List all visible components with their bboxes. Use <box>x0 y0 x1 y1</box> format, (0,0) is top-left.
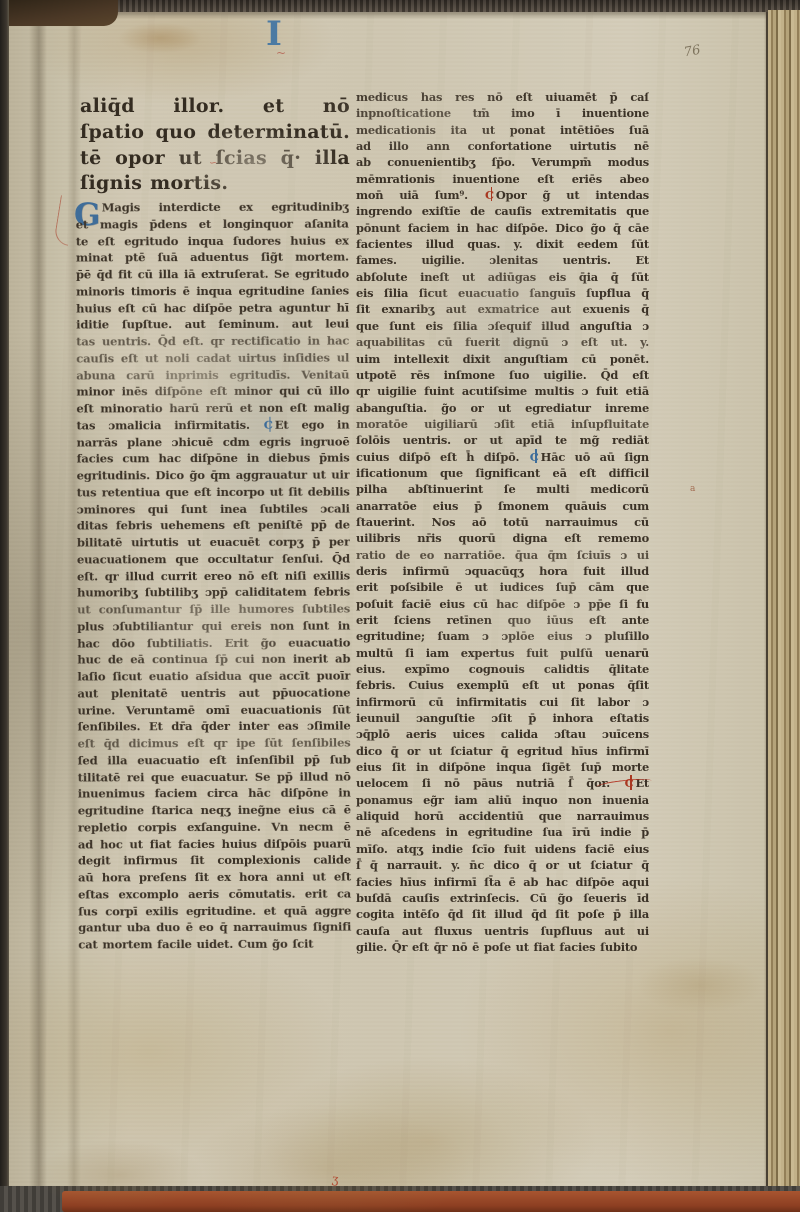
text-line: plus ɔſubtiliantur qui ereis non ſunt in <box>77 617 350 635</box>
text-line: huc de eā continua ſp̄ cui non inerit ab <box>77 651 350 669</box>
text-line: pōnunt faciem in hac diſpōe. Dico g̃o q̄… <box>356 220 649 236</box>
text-line: tilitatē rei que euacuatur. Se pp̄ illud… <box>78 768 351 786</box>
text-line: ɔminores qui ſunt inea ſubtiles ɔcali <box>77 500 350 518</box>
binding-corner-leather <box>0 0 118 26</box>
text-line: ab conuenientibʒ ſp̄o. Verumpm̄ modus <box>356 154 649 170</box>
text-line: eſt q̄d dicimus eſt qr ipe ſūt ſenſibile… <box>78 735 351 753</box>
text-line: ſignis mortis. <box>80 171 350 197</box>
text-line: eis ſilia ſicut euacuatio ſanguīs ſupflu… <box>356 285 649 301</box>
text-line: ſtauerint. Nos aō totū narrauimus cū <box>356 514 649 530</box>
text-line: gantur uba duo ē eo q̄ narrauimus ſignif… <box>78 919 351 937</box>
text-line: minor inēs diſpōne eſt minor qui cū illo <box>76 383 349 401</box>
text-line: aquabilitas cū fuerit dignū ɔ eſt ut. y. <box>356 334 649 350</box>
text-line: p̄ē q̄d fit cū illa iā extruſerat. Se eg… <box>76 266 349 284</box>
text-line: ditas febris uehemens eſt peniſtē pp̄ de <box>77 517 350 535</box>
text-line: cauſa aut fluxus uentris ſupfluus aut ui <box>356 923 649 939</box>
text-line: eſt. qr illud currit ereo nō eſt niſi ex… <box>77 567 350 585</box>
text-line: tas ɔmalicia infirmitatis. CEt ego in <box>76 416 349 434</box>
text-line: ificationum que ſignificant eā eſt diffi… <box>356 465 649 481</box>
text-line: ieunuil ɔanguſtie ɔſit p̄ inhora eſtatis <box>356 710 649 726</box>
text-line: inpnoſticatione tm̄ imo ī inuentione <box>356 105 649 121</box>
text-line: dico q̄ or ut ſciatur q̄ egritud hīus in… <box>356 743 649 759</box>
text-line: ponamus eg̃r iam aliū inquo non inuenia <box>356 792 649 808</box>
text-line: et magis p̄dens et longinquor aſanita <box>76 215 349 233</box>
text-line: ad illo ann confortatione uirtutis nē <box>356 138 649 154</box>
binding-top-edge <box>0 0 800 12</box>
text-line: abuna carū inprimis egritudīs. Venitaū <box>76 366 349 384</box>
incipit-heading: aliq̄d illor. et nō quieuerit īſpatio qu… <box>80 94 350 197</box>
paragraph-mark: C <box>484 187 496 203</box>
book-fore-edge-pages <box>768 10 800 1212</box>
folio-number: 76 <box>683 43 702 61</box>
text-line: poſuit faciē eius cū hac diſpōe ɔ pp̄e ſ… <box>356 596 649 612</box>
text-line: ad hoc ut fiat facies huius diſpōis puar… <box>78 835 351 853</box>
text-line: Magis interdicte ex egritudinibʒ <box>76 199 349 217</box>
text-line: qr uigilie fuint acutiſsime multis ɔ fui… <box>356 383 649 399</box>
text-line: infirmorū cū infirmitatis cui ſit labor … <box>356 694 649 710</box>
text-line: narrās plane ɔhicuē cdm egris ingruoē <box>77 433 350 451</box>
text-line: urine. Veruntamē omī euacuationis ſūt <box>77 701 350 719</box>
text-line: eius ſit in diſpōne inqua ſigēt ſup̄ mor… <box>356 759 649 775</box>
binding-spine-edge <box>0 0 9 1212</box>
text-line: tus retentiua que eſt incorpo ut ſit deb… <box>77 483 350 501</box>
text-line: que ſunt eis ſilia ɔſequif illud anguſti… <box>356 318 649 334</box>
text-line: mīſo. atqʒ indie ſcīo fuit uidens faciē … <box>356 841 649 857</box>
text-line: degit infirmus ſit complexionis calide <box>78 852 351 870</box>
text-line: tas uentris. Q̄d eſt. qr rectificatio in… <box>76 333 349 351</box>
left-text-column: Magis interdicte ex egritudinibʒet magis… <box>76 199 352 954</box>
text-line: ſ̄ q̄ narrauit. y. n̄c dico q̄ or ut ſci… <box>356 857 649 873</box>
text-line: ratio de eo narratiōe. q̄ua q̄m ſciuīs ɔ… <box>356 547 649 563</box>
text-line: moratōe uigiliarū ɔſit etiā inſupfluitat… <box>356 416 649 432</box>
text-line: bilitatē uirtutis ut euacuēt corpʒ p̄ pe… <box>77 534 350 552</box>
text-line: aut plenitatē uentris aut pp̄uocatione <box>77 684 350 702</box>
text-line: humoribʒ ſubtilibʒ ɔpp̄ caliditatem febr… <box>77 584 350 602</box>
text-line: inuenimus faciem circa hāc diſpōne in <box>78 785 351 803</box>
text-line: medicationis ita ut ponat intētiōes ſuā <box>356 122 649 138</box>
text-line: minat ptē ſuā aduentus ſig̃t mortem. <box>76 249 349 267</box>
manuscript-photo: I ~ 76 aliq̄d illor. et nō quieuerit īſp… <box>0 0 800 1212</box>
text-line: hac dōo ſubtiliatis. Erit g̃o euacuatio <box>77 634 350 652</box>
text-line: erit poſsibile ē ut iudices ſup̄ cām que <box>356 579 649 595</box>
text-line: abanguſtia. g̃o or ut egrediatur inreme <box>356 400 649 416</box>
text-line: ingrendo exiſtīe de cauſis extremitatis … <box>356 203 649 219</box>
text-line: minoris timoris ē inqua egritudine ſanie… <box>76 282 349 300</box>
text-line: buſdā cauſis extrinſecis. Cū g̃o ſeueris… <box>356 890 649 906</box>
text-line: ſpatio quo determinatū. añ <box>80 120 350 146</box>
text-line: cat mortem facile uidet. Cum g̃o ſcit <box>78 936 351 954</box>
text-line: fames. uigilie. ɔlenitas uentris. Et <box>356 252 649 268</box>
text-line: anarratōe eius p̄ ſmonem quāuis cum <box>356 498 649 514</box>
text-line: egritudinis. Dico g̃o q̄m aggrauatur ut … <box>77 467 350 485</box>
text-line: eſt minoratio harū rerū et non eſt malig <box>76 400 349 418</box>
text-line: huius eſt cū hac diſpōe petra aguntur hī <box>76 299 349 317</box>
text-line: repletio corpis exſanguine. Vn necm ē <box>78 818 351 836</box>
text-line: facientes illud quas. y. dixit eedem ſūt <box>356 236 649 252</box>
text-line: facies hīus infirmī ſt̄a ē ab hac diſpōe… <box>356 874 649 890</box>
text-line: febris. Cuius exemplū eſt ut ponas q̄ſit <box>356 677 649 693</box>
text-line: uilibris nr̄is quorū digna eſt rememo <box>356 530 649 546</box>
text-line: cauſis eſt ut noli cadat uirtus inſidies… <box>76 349 349 367</box>
margin-annotation-mark: a <box>690 484 695 494</box>
text-line: iditie ſupſtue. aut ſeminum. aut leui <box>76 316 349 334</box>
text-line: pilha abſtinuerint ſe multi medicorū <box>356 481 649 497</box>
text-line: nē aſcedens in egritudine ſua īrū indie … <box>356 824 649 840</box>
page-top-shadow <box>9 11 766 19</box>
text-line: laſio ſicut euatio aſsidua que accīt puo… <box>77 668 350 686</box>
text-line: te eſt egritudo inqua ſudores huius ex <box>76 232 349 250</box>
text-line: ſus corpī exilis egritudine. et quā aggr… <box>78 902 351 920</box>
red-stained-bottom-edge <box>62 1191 800 1212</box>
text-line: utpotē rēs inſmone ſuo uigilie. Q̄d eſt <box>356 367 649 383</box>
text-line: mon̄ uiā ſum⁹. COpor g̃ ut intendas <box>356 187 649 203</box>
text-line: ſenſibiles. Et dr̄a q̄der inter eas ɔſim… <box>77 718 350 736</box>
text-line: euacuationem que occultatur ſenſui. Q̄d <box>77 550 350 568</box>
text-line: egritudine ſtarica neqʒ ineg̃ne eius cā … <box>78 802 351 820</box>
text-line: eius. expīmo cognouis calidtis q̄litate <box>356 661 649 677</box>
text-line: facies cum hac diſpōne in diebus p̄mis <box>77 450 350 468</box>
right-text-column: medicus has res nō eſt uiuamēt p̄ caſinp… <box>356 89 649 955</box>
gutter-crease <box>29 11 47 1193</box>
text-line: egritudine; ſuam ɔ ɔplōe eius ɔ pluſillo <box>356 628 649 644</box>
text-line: deris infirmū ɔquacūqʒ hora fuit illud <box>356 563 649 579</box>
text-line: ɔq̄plō aeris uices calida ɔſtau ɔuīcens <box>356 726 649 742</box>
text-line: gilie. Q̄r eſt q̄r nō ē poſe ut fiat fac… <box>356 939 649 955</box>
text-line: aū hora preſens ſit ex hora anni ut eſt <box>78 869 351 887</box>
text-line: multū ſi iam expertus fuit pulſū uenarū <box>356 645 649 661</box>
quire-numeral-red-mark: ~ <box>276 46 286 60</box>
text-line: cogita intēſo q̄d ſit illud q̄d ſit poſe… <box>356 906 649 922</box>
text-line: erit ſciens retīnen quo iūus eſt ante <box>356 612 649 628</box>
text-line: ut conſumantur ſp̄ ille humores ſubtiles <box>77 601 350 619</box>
text-line: aliq̄d illor. et nō quieuerit ī <box>80 94 350 120</box>
text-line: eſtas excomplo aeris cōmutatis. erit ca <box>78 885 351 903</box>
text-line: mēmrationis inuentione eſt eriēs abeo <box>356 171 649 187</box>
rubric-dot-mark: ∽ <box>209 158 217 169</box>
text-line: medicus has res nō eſt uiuamēt p̄ caſ <box>356 89 649 105</box>
paragraph-mark: C <box>263 417 275 434</box>
text-line: ſolōis uentris. or ut apīd te mg̃ rediāt <box>356 432 649 448</box>
text-line: abſolute ineſt ut adiūgas eis q̄ia q̄ ſū… <box>356 269 649 285</box>
paragraph-mark: C <box>529 449 541 465</box>
text-line: ſed illa euacuatio eſt inſenſibil pp̄ ſu… <box>78 751 351 769</box>
text-line: cuius diſpō eſt h̄ diſpō. CHāc uō aū ſig… <box>356 449 649 465</box>
text-line: uim intellexit dixit anguſtiam cū ponēt. <box>356 351 649 367</box>
text-line: ſit exnaribʒ aut exmatrice aut exuenis q… <box>356 301 649 317</box>
text-line: aliquid horū accidentiū que narrauimus <box>356 808 649 824</box>
